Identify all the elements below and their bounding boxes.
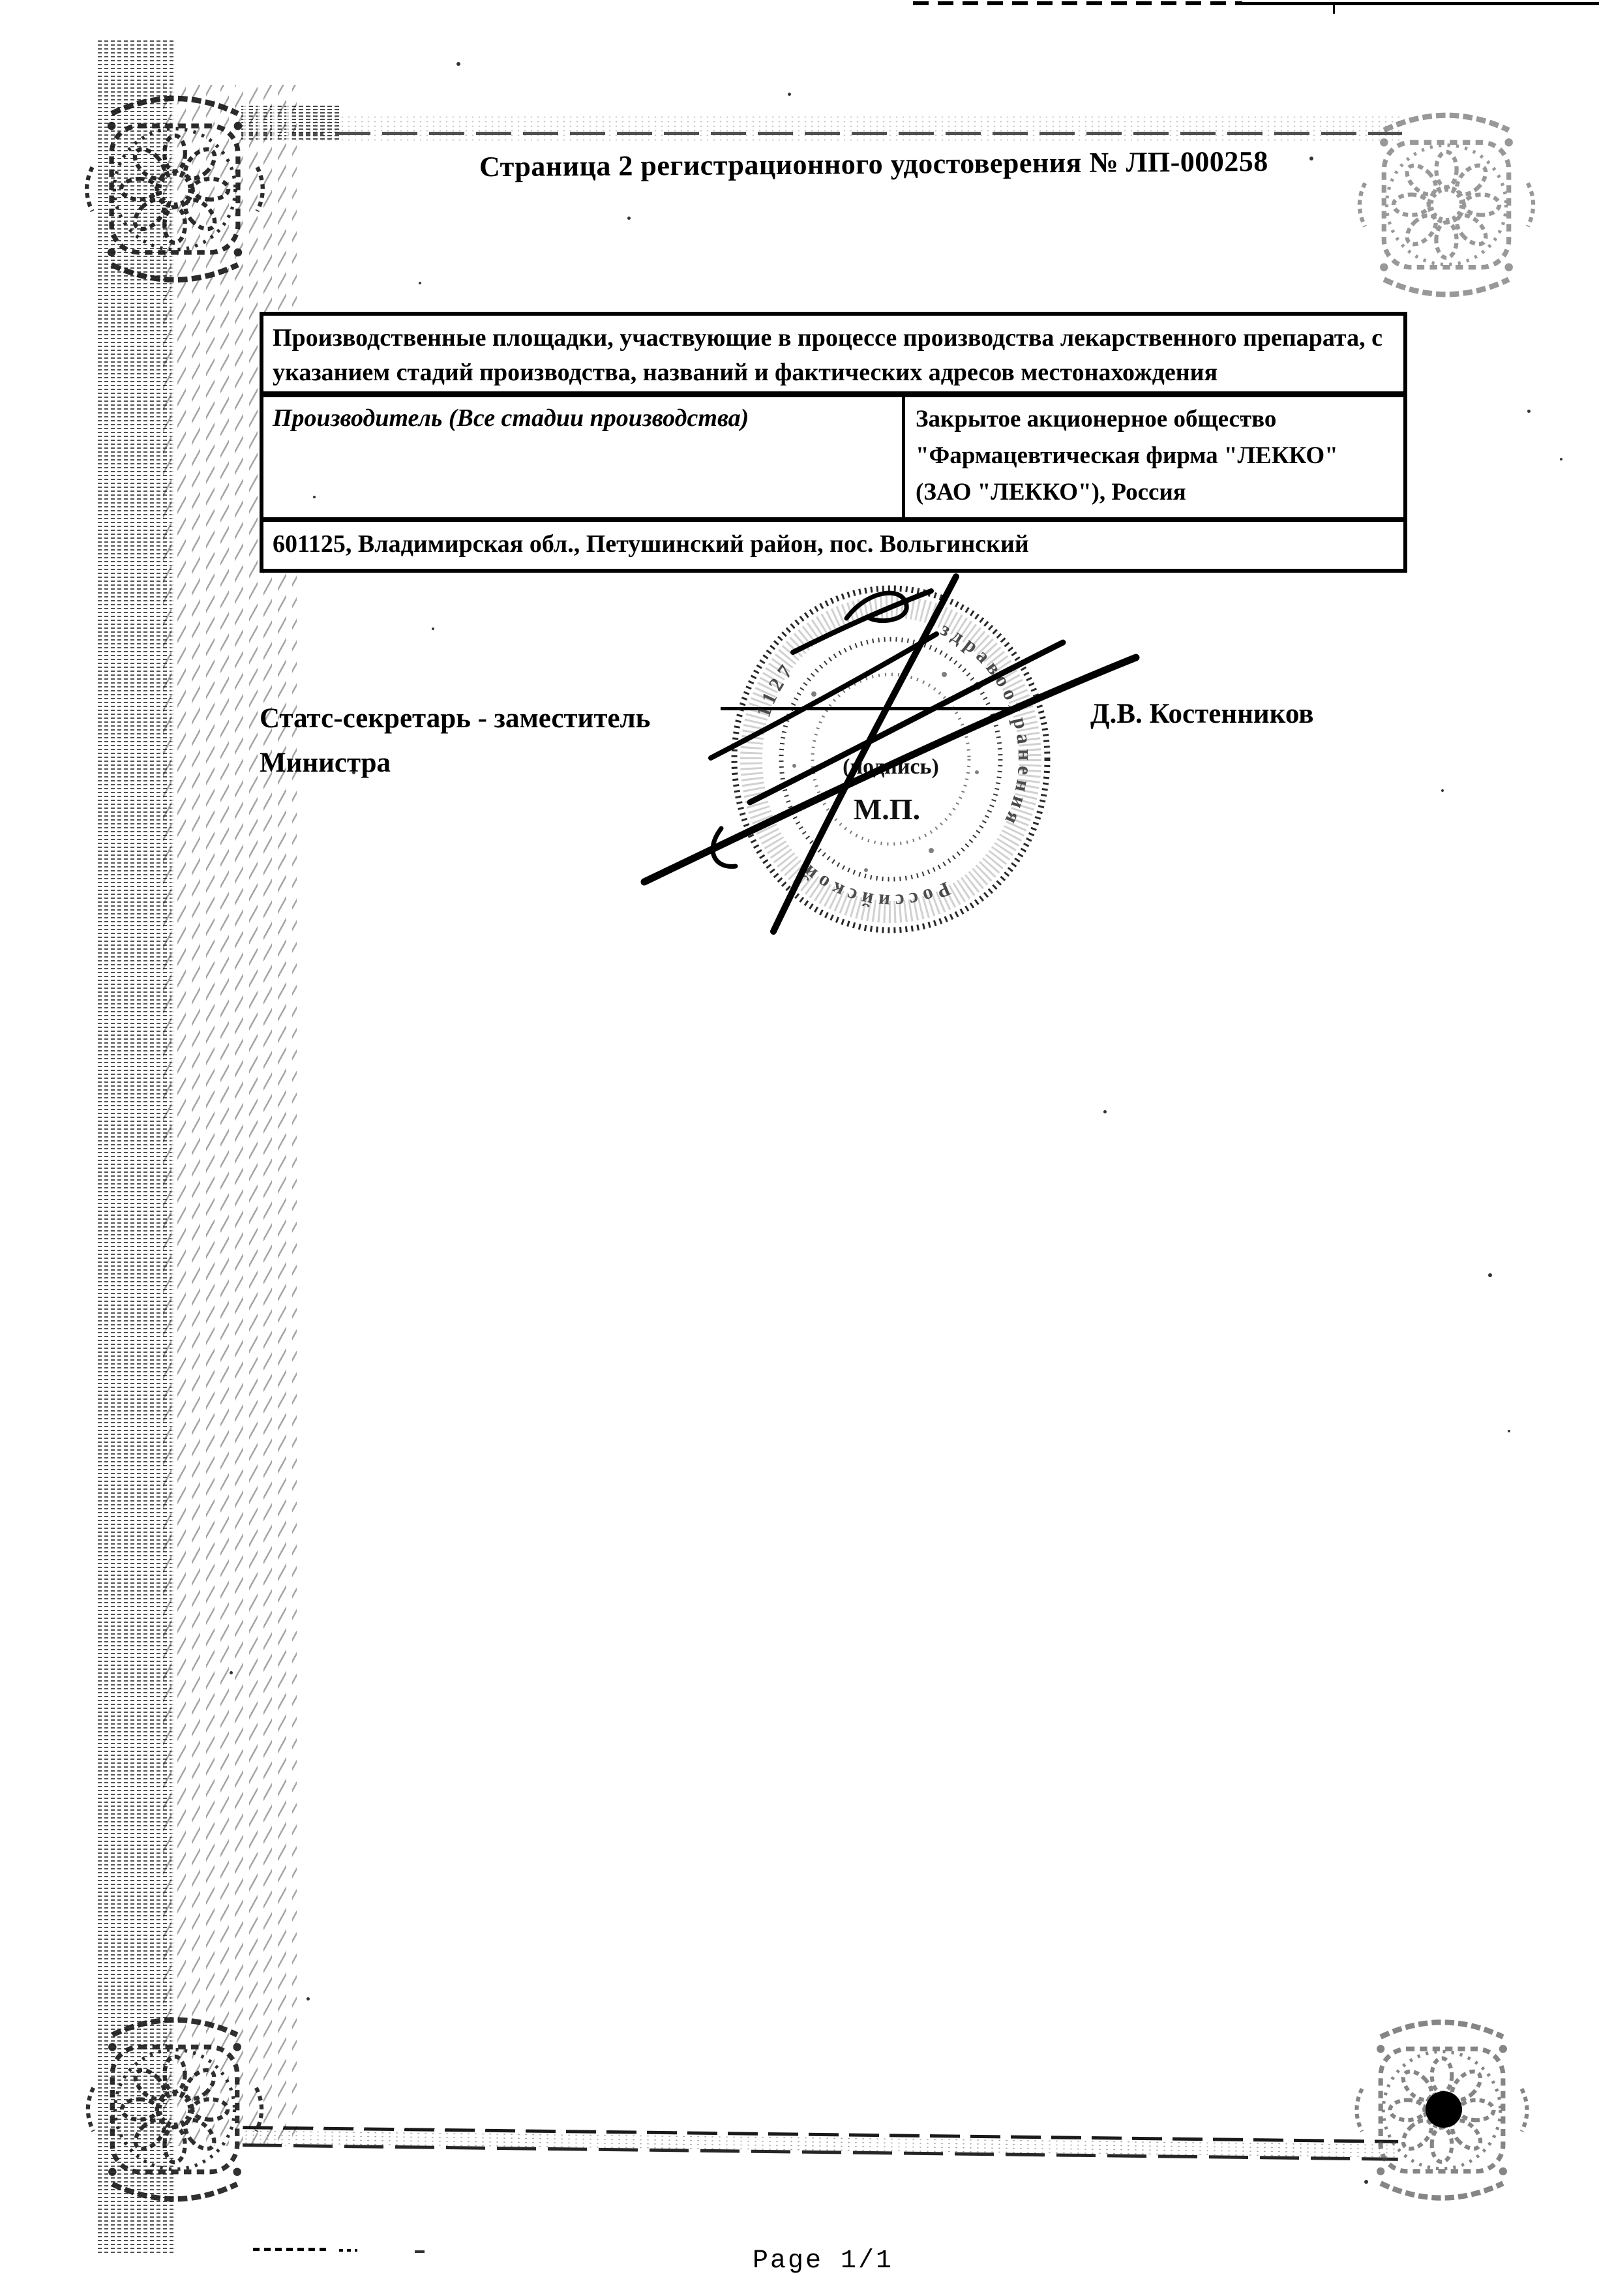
scan-speckle xyxy=(1364,2180,1368,2184)
table-header-cell: Производственные площадки, участвующие в… xyxy=(263,316,1403,397)
scan-speckle xyxy=(456,62,460,66)
page-top-dashed-line xyxy=(913,1,1242,5)
footer-dash-line xyxy=(253,2248,330,2251)
official-title: Статс-секретарь - заместитель Министра xyxy=(260,697,650,785)
scan-speckle xyxy=(1488,1273,1492,1277)
footer-mark xyxy=(339,2249,357,2252)
official-title-line2: Министра xyxy=(260,741,650,785)
producer-value-cell: Закрытое акционерное общество "Фармацевт… xyxy=(905,397,1403,517)
scan-speckle xyxy=(1508,1430,1510,1432)
rosette-ornament-top-right xyxy=(1345,103,1548,307)
production-sites-table: Производственные площадки, участвующие в… xyxy=(260,312,1407,573)
scan-speckle xyxy=(352,771,355,774)
scan-speckle xyxy=(313,496,316,498)
official-title-line1: Статс-секретарь - заместитель xyxy=(260,697,650,741)
scan-speckle xyxy=(1527,410,1531,413)
scan-speckle xyxy=(1441,789,1444,792)
scan-speckle xyxy=(1240,419,1243,421)
rosette-ornament-top-left xyxy=(72,86,278,292)
scan-speckle xyxy=(1103,1110,1107,1113)
producer-value-line: (ЗАО "ЛЕККО"), Россия xyxy=(916,474,1393,511)
page-top-solid-line xyxy=(1242,2,1599,5)
scan-speckle xyxy=(1560,458,1562,461)
guilloche-border-bottom xyxy=(243,2122,1398,2168)
scan-speckle xyxy=(1309,157,1313,160)
scan-speckle xyxy=(419,282,421,284)
scan-speckle xyxy=(627,217,631,220)
guilloche-border-top xyxy=(241,115,1402,141)
page-top-tick-mark xyxy=(1333,4,1335,14)
signature-scribble xyxy=(606,558,1180,962)
scan-speckle xyxy=(306,1997,310,2001)
footer-mark xyxy=(415,2250,425,2253)
table-producer-row: Производитель (Все стадии производства) … xyxy=(263,397,1403,522)
punch-hole-mark xyxy=(1426,2091,1462,2128)
producer-value-line: Закрытое акционерное общество xyxy=(916,401,1393,438)
scan-speckle xyxy=(230,1671,233,1674)
scanned-certificate-page: Страница 2 регистрационного удостоверени… xyxy=(0,0,1599,2296)
producer-label-cell: Производитель (Все стадии производства) xyxy=(263,397,905,517)
rosette-ornament-bottom-left xyxy=(73,2008,276,2211)
producer-value-line: "Фармацевтическая фирма "ЛЕККО" xyxy=(916,438,1393,474)
scan-speckle xyxy=(788,93,791,96)
page-title: Страница 2 регистрационного удостоверени… xyxy=(479,145,1268,183)
page-number: Page 1/1 xyxy=(753,2246,893,2276)
scan-speckle xyxy=(432,627,434,630)
